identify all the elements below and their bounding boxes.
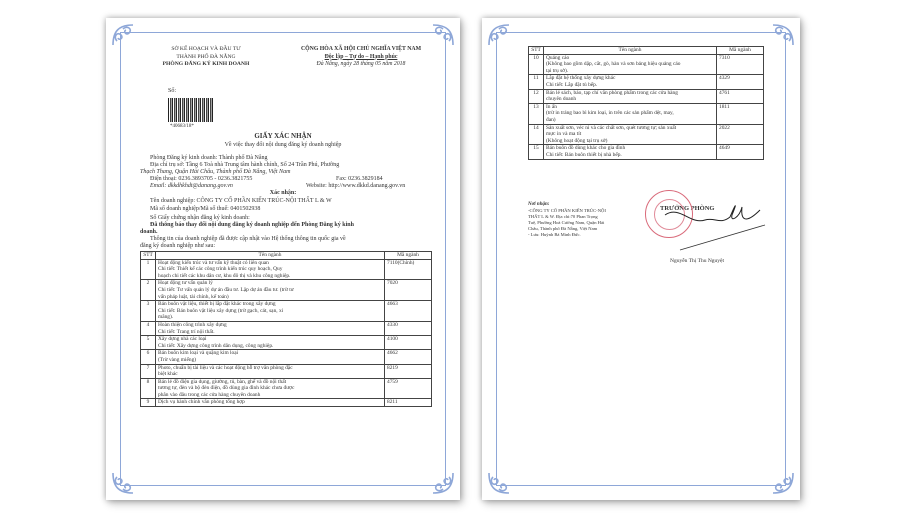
row-industry-name: Bán lẻ đồ điện gia dụng, giường, tủ, bàn… [156,378,385,399]
row-industry-code: 4761 [717,89,764,103]
table-row: 7Photo, chuẩn bị tài liệu và các hoạt độ… [141,364,432,378]
row-stt: 3 [141,301,156,322]
table-row: 10Quảng cáo(Không bao gồm dập, cắt, gò, … [529,54,764,75]
row-stt: 9 [141,399,156,407]
tax-code: Mã số doanh nghiệp/Mã số thuế: 040150293… [150,206,260,214]
row-industry-name: Hoạt động tư vấn quản lýChi tiết: Tư vấn… [156,280,385,301]
row-industry-name: Bán buôn đồ dùng khác cho gia đìnhChi ti… [544,145,717,159]
row-industry-code: 7110(Chính) [385,259,432,280]
recipients-list: -CÔNG TY CỔ PHẦN KIẾN TRÚC-NỘITHẤT L & W… [528,208,606,238]
document-title: GIẤY XÁC NHẬN [106,133,460,141]
company-name: Tên doanh nghiệp: CÔNG TY CỔ PHẦN KIẾN T… [150,198,332,206]
table-row: 8Bán lẻ đồ điện gia dụng, giường, tủ, bà… [141,378,432,399]
row-industry-name: Lắp đặt hệ thống xây dựng khácChi tiết: … [544,75,717,89]
row-stt: 15 [529,145,544,159]
issuer-line: THÀNH PHỐ ĐÀ NẴNG [136,54,276,62]
barcode [168,98,214,122]
row-industry-code: 4759 [385,378,432,399]
row-industry-code: 4100 [385,336,432,350]
barcode-text: *40683/18* [170,123,194,131]
table-row: 3Bán buôn vật liệu, thiết bị lắp đặt khá… [141,301,432,322]
ornament-corner-icon [429,21,457,49]
row-industry-code: 7020 [385,280,432,301]
table-row: 4Hoàn thiện công trình xây dựngChi tiết:… [141,321,432,335]
row-stt: 8 [141,378,156,399]
row-stt: 2 [141,280,156,301]
table-row: 6Bán buôn kim loại và quặng kim loại(Trừ… [141,350,432,364]
row-industry-name: Bán buôn kim loại và quặng kim loại(Trừ … [156,350,385,364]
confirm-heading: Xác nhận: [106,190,460,198]
row-stt: 5 [141,336,156,350]
document-subtitle: Về việc thay đổi nội dung đăng ký doanh … [106,142,460,150]
row-industry-name: Hoạt động kiến trúc và tư vấn kỹ thuật c… [156,259,385,280]
table-row: 15Bán buôn đồ dùng khác cho gia đìnhChi … [529,145,764,159]
row-industry-name: Photo, chuẩn bị tài liệu và các hoạt độn… [156,364,385,378]
row-stt: 10 [529,54,544,75]
ornament-corner-icon [769,21,797,49]
row-industry-code: 2022 [717,124,764,145]
table-header-row: STT Tên ngành Mã ngành [529,47,764,55]
table-row: 11Lắp đặt hệ thống xây dựng khácChi tiết… [529,75,764,89]
row-stt: 13 [529,103,544,124]
document-page-1: SỞ KẾ HOẠCH VÀ ĐẦU TƯ THÀNH PHỐ ĐÀ NẴNG … [106,18,460,500]
row-industry-name: Quảng cáo(Không bao gồm dập, cắt, gò, hà… [544,54,717,75]
business-lines-table-continued: STT Tên ngành Mã ngành 10Quảng cáo(Không… [528,46,764,160]
ornament-corner-icon [109,21,137,49]
row-industry-name: Bán buôn vật liệu, thiết bị lắp đặt khác… [156,301,385,322]
issuer-line: PHÒNG ĐĂNG KÝ KINH DOANH [136,61,276,69]
issuer-header: SỞ KẾ HOẠCH VÀ ĐẦU TƯ THÀNH PHỐ ĐÀ NẴNG … [136,46,276,69]
row-industry-code: 8211 [385,399,432,407]
row-stt: 1 [141,259,156,280]
signer-name: Nguyễn Thị Thu Nguyệt [670,258,724,266]
column-header-stt: STT [141,252,156,260]
column-header-name: Tên ngành [544,47,717,55]
row-industry-name: Xây dựng nhà các loạiChi tiết: Xây dựng … [156,336,385,350]
column-header-stt: STT [529,47,544,55]
row-stt: 6 [141,350,156,364]
row-industry-name: Sản xuất sơn, véc ni và các chất sơn, qu… [544,124,717,145]
ornament-corner-icon [109,469,137,497]
national-title: CỘNG HÒA XÃ HỘI CHỦ NGHĨA VIỆT NAM [276,46,446,54]
notice-text: Đã thông báo thay đổi nội dung đăng ký d… [150,222,354,230]
row-industry-code: 1811 [717,103,764,124]
row-stt: 14 [529,124,544,145]
table-row: 13In ấn(trừ in tráng bao bì kim loại, in… [529,103,764,124]
row-industry-name: Bán lẻ sách, báo, tạp chí văn phòng phẩm… [544,89,717,103]
business-lines-table: STT Tên ngành Mã ngành 1Hoạt động kiến t… [140,251,432,407]
row-stt: 11 [529,75,544,89]
row-industry-code: 7310 [717,54,764,75]
table-row: 2Hoạt động tư vấn quản lýChi tiết: Tư vấ… [141,280,432,301]
ornament-corner-icon [769,469,797,497]
national-header: CỘNG HÒA XÃ HỘI CHỦ NGHĨA VIỆT NAM Độc l… [276,46,446,69]
table-row: 5Xây dựng nhà các loạiChi tiết: Xây dựng… [141,336,432,350]
table-row: 1Hoạt động kiến trúc và tư vấn kỹ thuật … [141,259,432,280]
column-header-code: Mã ngành [717,47,764,55]
info-text: đăng ký doanh nghiệp như sau: [140,243,215,251]
column-header-name: Tên ngành [156,252,385,260]
table-row: 9Dịch vụ hành chính văn phòng tổng hợp82… [141,399,432,407]
row-industry-code: 4649 [717,145,764,159]
column-header-code: Mã ngành [385,252,432,260]
row-industry-code: 4663 [385,301,432,322]
ornament-corner-icon [485,21,513,49]
row-stt: 4 [141,321,156,335]
document-page-2: STT Tên ngành Mã ngành 10Quảng cáo(Không… [482,18,800,500]
row-industry-code: 4662 [385,350,432,364]
row-industry-name: Dịch vụ hành chính văn phòng tổng hợp [156,399,385,407]
issuer-line: SỞ KẾ HOẠCH VÀ ĐẦU TƯ [136,46,276,54]
signature-icon [660,195,770,255]
table-row: 12Bán lẻ sách, báo, tạp chí văn phòng ph… [529,89,764,103]
table-row: 14Sản xuất sơn, véc ni và các chất sơn, … [529,124,764,145]
row-industry-name: Hoàn thiện công trình xây dựngChi tiết: … [156,321,385,335]
row-stt: 7 [141,364,156,378]
recipient-line: - Lưu: Huỳnh Bá Minh Đức. [528,232,606,238]
row-industry-code: 4329 [717,75,764,89]
ornament-corner-icon [485,469,513,497]
table-header-row: STT Tên ngành Mã ngành [141,252,432,260]
number-label: Số: [168,88,176,96]
row-industry-code: 4330 [385,321,432,335]
row-stt: 12 [529,89,544,103]
ornament-corner-icon [429,469,457,497]
row-industry-code: 8219 [385,364,432,378]
national-motto: Độc lập – Tự do – Hạnh phúc [276,54,446,62]
row-industry-name: In ấn(trừ in tráng bao bì kim loại, in t… [544,103,717,124]
document-date: Đà Nẵng, ngày 28 tháng 05 năm 2018 [276,61,446,69]
